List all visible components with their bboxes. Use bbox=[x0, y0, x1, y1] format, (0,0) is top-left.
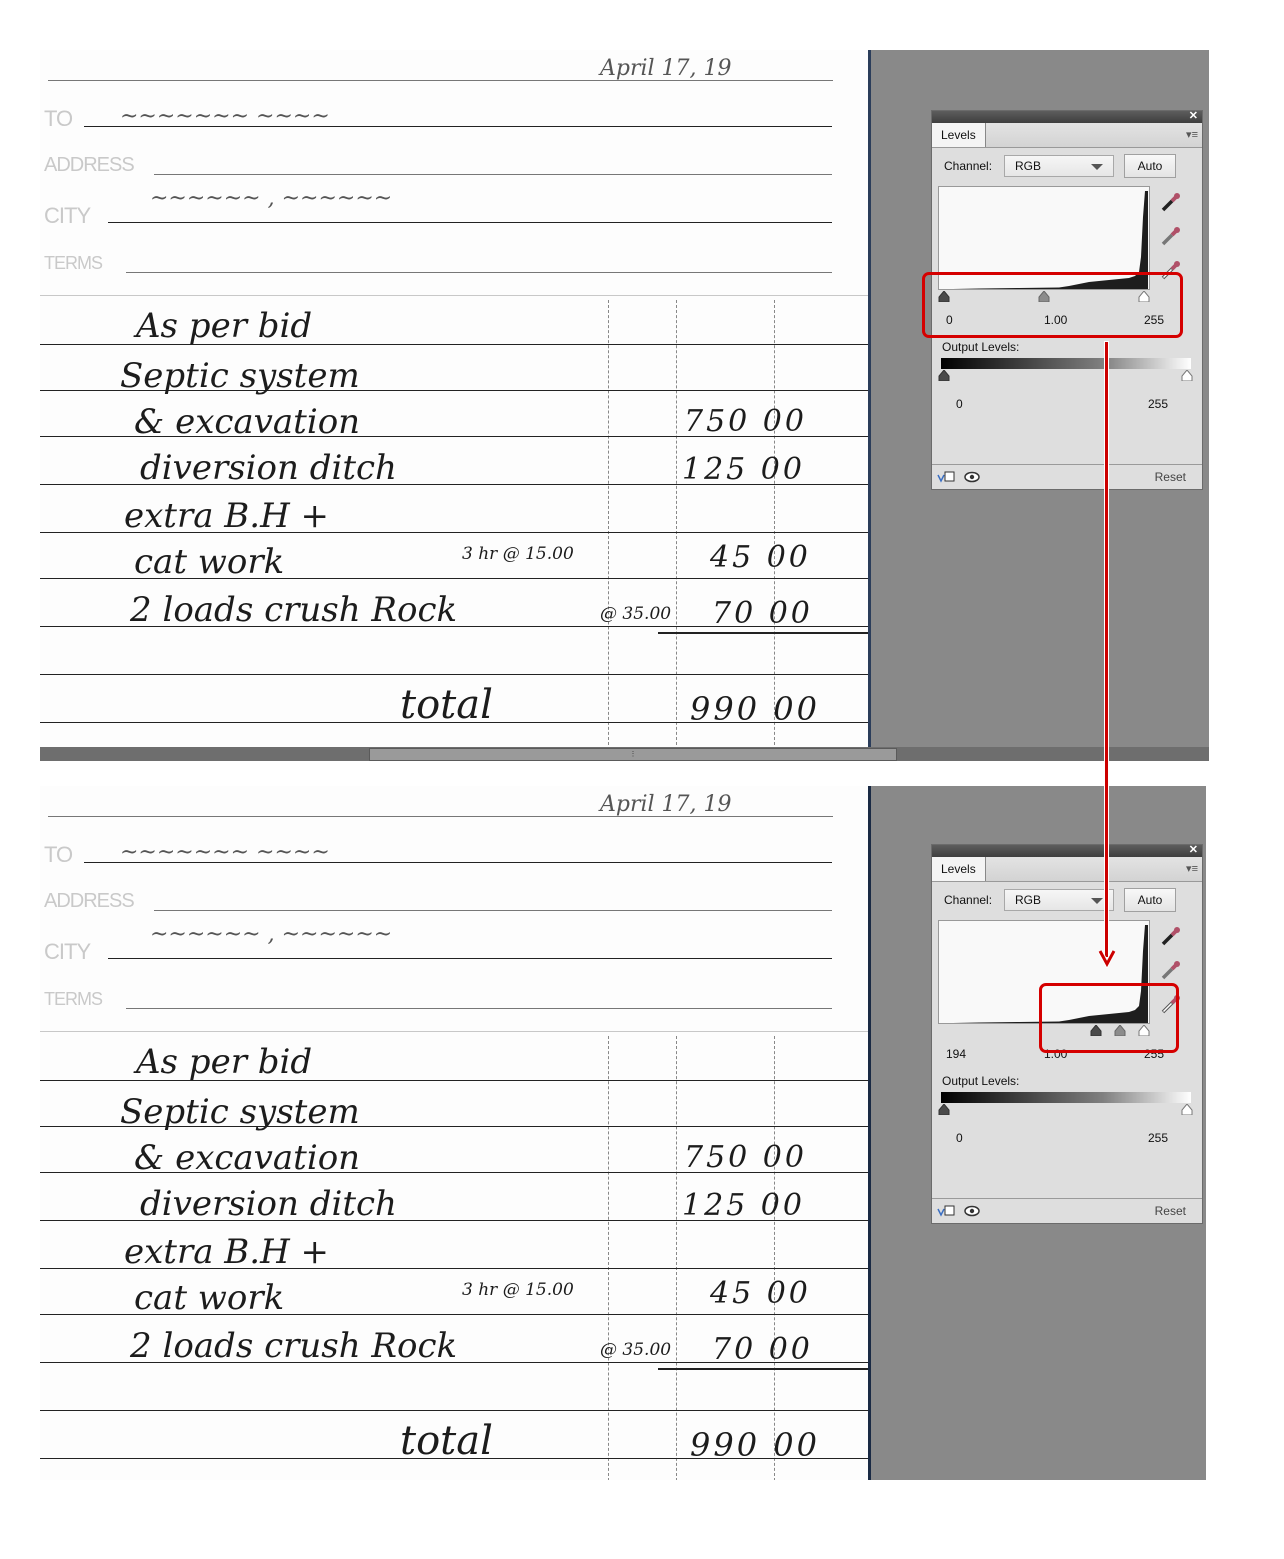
reset-button[interactable]: Reset bbox=[1155, 1204, 1186, 1218]
line-item-description: As per bid bbox=[136, 306, 312, 346]
total-amount: 990 00 bbox=[690, 1426, 820, 1464]
callout-input-levels-before bbox=[922, 272, 1183, 338]
line-item-amount: 125 00 bbox=[682, 452, 805, 487]
document-canvas-top: April 17, 19 TO ~~~~~~~ ~~~~ ADDRESS CIT… bbox=[40, 50, 868, 747]
line-item-amount: 750 00 bbox=[684, 404, 807, 439]
gray-point-eyedropper-icon[interactable] bbox=[1160, 959, 1182, 981]
channel-value: RGB bbox=[1015, 159, 1041, 173]
black-point-eyedropper-icon[interactable] bbox=[1160, 925, 1182, 947]
city-field-scribble: ~~~~~~ , ~~~~~~ bbox=[150, 922, 392, 947]
line-item-note: 3 hr @ 15.00 bbox=[462, 544, 574, 564]
clip-to-layer-icon[interactable] bbox=[936, 1205, 956, 1217]
panel-menu-icon[interactable]: ▾≡ bbox=[1186, 128, 1198, 141]
form-label-city: CITY bbox=[44, 203, 90, 229]
panel-footer: Reset bbox=[932, 464, 1202, 489]
input-black-value[interactable]: 194 bbox=[946, 1047, 966, 1061]
output-levels-label: Output Levels: bbox=[942, 340, 1019, 354]
channel-select[interactable]: RGB bbox=[1004, 155, 1114, 177]
channel-select[interactable]: RGB bbox=[1004, 889, 1114, 911]
horizontal-scrollbar[interactable]: ⋮ bbox=[40, 747, 1209, 761]
line-item-description: Septic system bbox=[120, 1092, 360, 1132]
form-label-address: ADDRESS bbox=[44, 154, 134, 177]
line-item-amount: 750 00 bbox=[684, 1140, 807, 1175]
chevron-down-icon bbox=[1091, 164, 1103, 170]
output-white-value[interactable]: 255 bbox=[1148, 1131, 1168, 1145]
output-levels-label: Output Levels: bbox=[942, 1074, 1019, 1088]
document-edge bbox=[868, 786, 871, 1480]
line-item-description: cat work bbox=[134, 542, 284, 582]
auto-button[interactable]: Auto bbox=[1124, 888, 1176, 912]
document-canvas-bottom: April 17, 19 TO ~~~~~~~ ~~~~ ADDRESS CIT… bbox=[40, 786, 868, 1480]
gray-point-eyedropper-icon[interactable] bbox=[1160, 225, 1182, 247]
channel-label: Channel: bbox=[944, 893, 992, 907]
channel-label: Channel: bbox=[944, 159, 992, 173]
panel-titlebar[interactable]: ✕ bbox=[932, 111, 1202, 123]
line-item-description: extra B.H + bbox=[124, 1232, 329, 1272]
city-field-scribble: ~~~~~~ , ~~~~~~ bbox=[150, 186, 392, 211]
line-item-note: @ 35.00 bbox=[600, 1340, 671, 1360]
annotation-arrowhead-icon bbox=[1097, 948, 1117, 968]
reset-button[interactable]: Reset bbox=[1155, 470, 1186, 484]
tab-levels[interactable]: Levels bbox=[932, 857, 986, 881]
to-field-scribble: ~~~~~~~ ~~~~ bbox=[120, 104, 330, 129]
output-levels-gradient bbox=[941, 1092, 1191, 1103]
line-item-description: & excavation bbox=[134, 402, 360, 442]
output-black-value[interactable]: 0 bbox=[956, 1131, 963, 1145]
panel-footer: Reset bbox=[932, 1198, 1202, 1223]
form-label-to: TO bbox=[44, 106, 72, 132]
line-item-description: 2 loads crush Rock bbox=[130, 590, 457, 630]
panel-tab-strip: Levels ▾≡ bbox=[932, 123, 1202, 148]
close-icon[interactable]: ✕ bbox=[1189, 109, 1198, 122]
line-item-amount: 45 00 bbox=[710, 1276, 811, 1311]
line-item-amount: 125 00 bbox=[682, 1188, 805, 1223]
panel-menu-icon[interactable]: ▾≡ bbox=[1186, 862, 1198, 875]
chevron-down-icon bbox=[1091, 898, 1103, 904]
line-item-amount: 70 00 bbox=[712, 596, 813, 631]
line-item-note: 3 hr @ 15.00 bbox=[462, 1280, 574, 1300]
form-label-address: ADDRESS bbox=[44, 890, 134, 913]
form-label-terms: TERMS bbox=[44, 989, 102, 1010]
form-label-to: TO bbox=[44, 842, 72, 868]
line-item-description: diversion ditch bbox=[140, 1184, 397, 1224]
callout-input-levels-after bbox=[1039, 983, 1179, 1053]
line-item-amount: 45 00 bbox=[710, 540, 811, 575]
channel-value: RGB bbox=[1015, 893, 1041, 907]
total-label: total bbox=[400, 682, 493, 728]
output-white-point-handle[interactable] bbox=[1181, 370, 1193, 381]
output-black-point-handle[interactable] bbox=[938, 370, 950, 381]
eye-visibility-icon[interactable] bbox=[964, 471, 980, 483]
clip-to-layer-icon[interactable] bbox=[936, 471, 956, 483]
output-black-point-handle[interactable] bbox=[938, 1104, 950, 1115]
total-label: total bbox=[400, 1418, 493, 1464]
form-label-city: CITY bbox=[44, 939, 90, 965]
line-item-note: @ 35.00 bbox=[600, 604, 671, 624]
tab-levels[interactable]: Levels bbox=[932, 123, 986, 147]
output-white-point-handle[interactable] bbox=[1181, 1104, 1193, 1115]
annotation-arrow-line bbox=[1105, 342, 1108, 957]
date-scribble: April 17, 19 bbox=[600, 56, 732, 81]
line-item-description: diversion ditch bbox=[140, 448, 397, 488]
line-item-description: 2 loads crush Rock bbox=[130, 1326, 457, 1366]
form-label-terms: TERMS bbox=[44, 253, 102, 274]
line-item-description: & excavation bbox=[134, 1138, 360, 1178]
date-scribble: April 17, 19 bbox=[600, 792, 732, 817]
line-item-description: As per bid bbox=[136, 1042, 312, 1082]
auto-button[interactable]: Auto bbox=[1124, 154, 1176, 178]
output-black-value[interactable]: 0 bbox=[956, 397, 963, 411]
scrollbar-thumb[interactable]: ⋮ bbox=[369, 748, 897, 761]
line-item-description: cat work bbox=[134, 1278, 284, 1318]
line-item-description: extra B.H + bbox=[124, 496, 329, 536]
line-item-description: Septic system bbox=[120, 356, 360, 396]
output-white-value[interactable]: 255 bbox=[1148, 397, 1168, 411]
panel-tab-strip: Levels ▾≡ bbox=[932, 857, 1202, 882]
total-amount: 990 00 bbox=[690, 690, 820, 728]
eye-visibility-icon[interactable] bbox=[964, 1205, 980, 1217]
close-icon[interactable]: ✕ bbox=[1189, 843, 1198, 856]
output-levels-gradient bbox=[941, 358, 1191, 369]
black-point-eyedropper-icon[interactable] bbox=[1160, 191, 1182, 213]
line-item-amount: 70 00 bbox=[712, 1332, 813, 1367]
to-field-scribble: ~~~~~~~ ~~~~ bbox=[120, 840, 330, 865]
panel-titlebar[interactable]: ✕ bbox=[932, 845, 1202, 857]
document-edge bbox=[868, 50, 871, 747]
